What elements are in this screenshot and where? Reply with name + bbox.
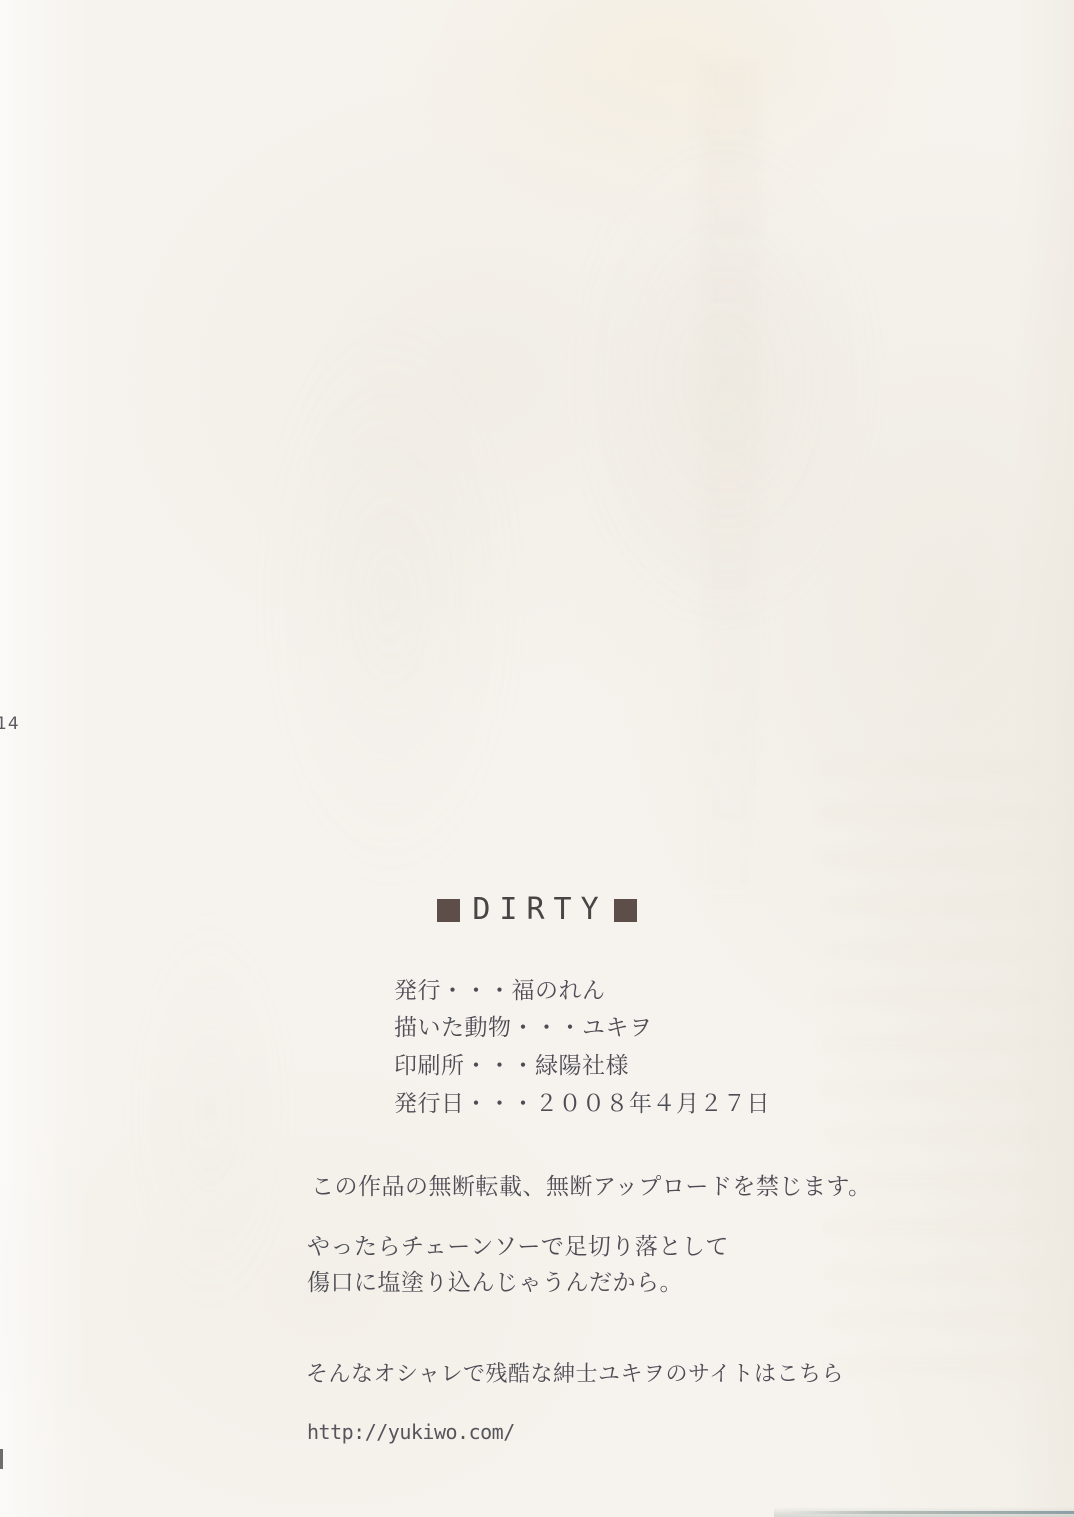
- threat-line-1: やったらチェーンソーで足切り落として: [307, 1236, 729, 1259]
- reproduction-notice: この作品の無断転載、無断アップロードを禁じます。: [311, 1176, 872, 1199]
- bleed-through-ghost: [560, 120, 890, 640]
- scan-edge-mark: [0, 1449, 3, 1469]
- site-url: http://yukiwo.com/: [307, 1420, 515, 1444]
- bleed-through-ghost: [250, 300, 530, 900]
- title-left-square-icon: [437, 899, 460, 922]
- site-note: そんなオシャレで残酷な紳士ユキヲのサイトはこちら: [306, 1364, 844, 1386]
- colophon-artist-line: 描いた動物・・・ユキヲ: [394, 1017, 653, 1040]
- colophon-publisher-line: 発行・・・福のれん: [394, 980, 606, 1003]
- scanned-colophon-page: 14 DIRTY 発行・・・福のれん 描いた動物・・・ユキヲ 印刷所・・・緑陽社…: [0, 0, 1074, 1517]
- threat-line-2: 傷口に塩塗り込んじゃうんだから。: [307, 1272, 683, 1295]
- page-number: 14: [0, 714, 20, 734]
- title-right-square-icon: [614, 899, 637, 922]
- title-row: DIRTY: [0, 895, 1074, 925]
- bleed-through-ghost: [120, 900, 300, 1320]
- page-title: DIRTY: [472, 895, 607, 925]
- bleed-through-ghost: [700, 60, 760, 900]
- colophon-printer-line: 印刷所・・・緑陽社様: [394, 1055, 629, 1078]
- colophon-date-line: 発行日・・・２００８年４月２７日: [394, 1093, 770, 1116]
- bleed-through-ghost: [820, 760, 1040, 1380]
- scan-corner-shadow: [774, 1507, 1074, 1517]
